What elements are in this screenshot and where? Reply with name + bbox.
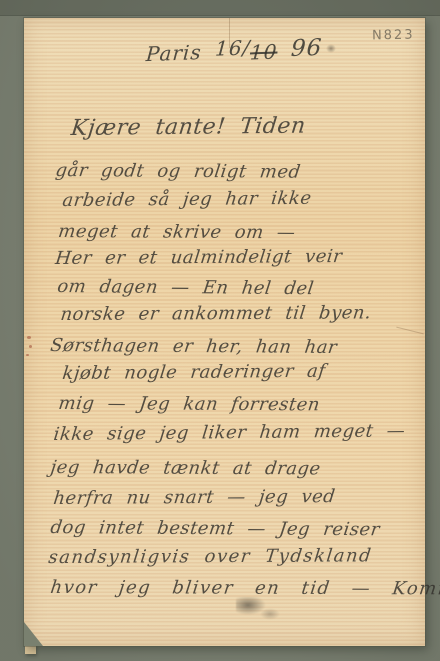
foxing-spot	[27, 336, 31, 339]
archive-number-pencil: N823	[372, 28, 415, 44]
dateline-struck-month: 10	[249, 39, 278, 64]
handwritten-line: norske er ankommet til byen.	[58, 302, 427, 335]
foxing-spot	[29, 345, 32, 348]
dateline-year: 96	[290, 35, 323, 62]
handwritten-line: Her er et ualmindeligt veir	[53, 245, 427, 276]
handwritten-line: ikke sige jeg liker ham meget —	[51, 420, 427, 457]
handwritten-line: herfra nu snart — jeg ved	[51, 486, 427, 518]
letter-body: Kjære tante! Tiden går godt og roligt me…	[24, 116, 425, 608]
ink-smudge-faint	[260, 608, 280, 620]
dateline: Paris 16/10 96	[145, 33, 323, 68]
background-top-shadow	[0, 0, 440, 16]
handwritten-line: sandsynligvis over Tydskland	[46, 545, 427, 577]
handwritten-line: kjøbt nogle raderinger af	[60, 360, 427, 394]
handwritten-line: Kjære tante! Tiden	[68, 112, 428, 160]
handwritten-line: arbeide så jeg har ikke	[60, 187, 427, 221]
dateline-day: 16/	[214, 35, 251, 60]
dateline-place: Paris	[145, 40, 202, 66]
scan-background: N823 Paris 16/10 96 Kjære tante! Tiden g…	[0, 0, 440, 661]
paper-crease-vertical	[229, 18, 230, 48]
letter-page: N823 Paris 16/10 96 Kjære tante! Tiden g…	[24, 18, 425, 646]
cut-corner-bottom-left	[24, 622, 43, 646]
ink-blot	[326, 44, 336, 53]
foxing-spot	[26, 354, 29, 356]
